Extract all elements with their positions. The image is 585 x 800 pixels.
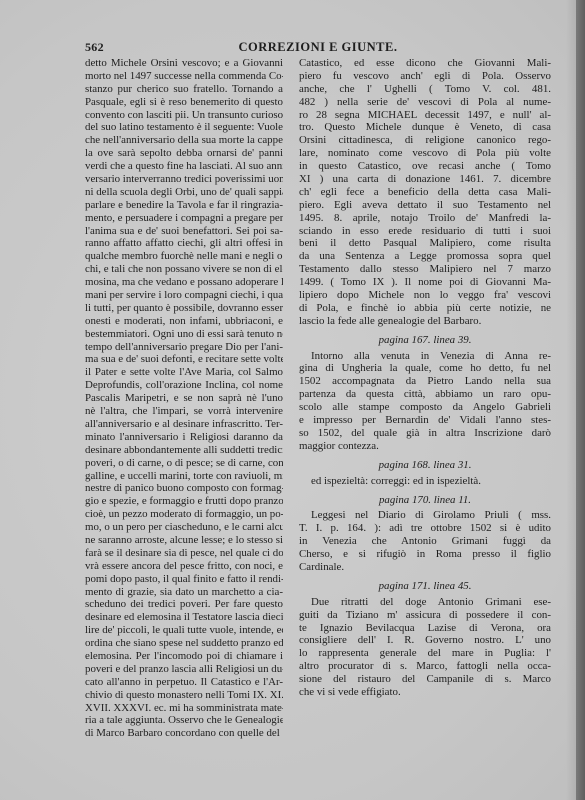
text-line: che nell'anniversario della sua morte la… xyxy=(85,134,283,147)
text-line: gina di Ungheria la quale, come ho detto… xyxy=(299,362,551,375)
text-line: verdi che a questo fine ha lasciati. Al … xyxy=(85,160,283,173)
text-line: Deprofundis, coll'orazione Inclina, col … xyxy=(85,379,283,392)
text-line: che vi si vede effigiato. xyxy=(299,686,551,699)
text-line: 1502 accompagnata da Pietro Lando nella … xyxy=(299,375,551,388)
text-line: Catastico, ed esse dicono che Giovanni M… xyxy=(299,57,551,70)
text-line: stanzo pur cherico suo fratello. Tornand… xyxy=(85,83,283,96)
text-line: tro. Questo Michele dunque è Veneto, di … xyxy=(299,121,551,134)
text-line: mo, o un pero per ciascheduno, e le carn… xyxy=(85,521,283,534)
left-column: detto Michele Orsini vescovo; e a Giovan… xyxy=(85,57,283,740)
text-line: lare, nominato come vescovo di Pola più … xyxy=(299,147,551,160)
text-line: gio e spezie, e formaggio e frutti dopo … xyxy=(85,495,283,508)
text-line: del suo latino testamento è il seguente:… xyxy=(85,121,283,134)
text-line: tempo dell'anniversario pregare Dio per … xyxy=(85,341,283,354)
text-line: cato all'anno in perpetuo. Il Catastico … xyxy=(85,676,283,689)
text-line: poveri e del pranzo lascia alli Religios… xyxy=(85,663,283,676)
text-line: pomi dopo pasto, il qual finito e fatto … xyxy=(85,573,283,586)
text-line: convento con lasciti pii. Un transunto c… xyxy=(85,109,283,122)
section-heading: pagina 167. linea 39. xyxy=(299,334,551,347)
running-title: CORREZIONI E GIUNTE. xyxy=(85,40,551,55)
text-line: beni il detto Pasqual Malipiero, come ri… xyxy=(299,237,551,250)
text-line: lo rappresenta generale del mare in Pugl… xyxy=(299,647,551,660)
text-line: lascio la fede alle genealogie del Barba… xyxy=(299,315,551,328)
text-line: qualche membro fuorchè nelle mani e negl… xyxy=(85,250,283,263)
text-line: anche, che l' Ughelli ( Tomo V. col. 481… xyxy=(299,83,551,96)
text-line: ranno affatto affatto ciechi, gli altri … xyxy=(85,237,283,250)
text-line: vrà essere ancora del pesce fritto, con … xyxy=(85,560,283,573)
text-line: mosina, ma che vedano e possano adoperar… xyxy=(85,276,283,289)
text-line: Cherso, e si rifugiò in Roma presso il f… xyxy=(299,548,551,561)
text-line: lire de' piccoli, le quali tutte vuole, … xyxy=(85,624,283,637)
text-line: in Venezia che Antonio Grimani fuggì da xyxy=(299,535,551,548)
text-line: versario interverranno tredici poverissi… xyxy=(85,173,283,186)
text-line: mani per servire i loro compagni ciechi,… xyxy=(85,289,283,302)
page-edge-strip xyxy=(576,0,585,800)
text-line: Due ritratti del doge Antonio Grimani es… xyxy=(299,596,551,609)
text-line: e impresso per Bernardin de' Vidali l'an… xyxy=(299,414,551,427)
text-line: chivio di questo monastero nelli Tomi IX… xyxy=(85,689,283,702)
text-line: scolo alle stampe composto da Angelo Gab… xyxy=(299,401,551,414)
text-line: maggior contezza. xyxy=(299,440,551,453)
text-line: ch' egli fece a beneficio della detta ca… xyxy=(299,186,551,199)
text-line: mento di grazie, sia dato un marchetto a… xyxy=(85,586,283,599)
text-line: 1495. 8. aprile, notajo Troilo de' Manfr… xyxy=(299,212,551,225)
text-line: piero fu vescovo anch' egli di Pola. Oss… xyxy=(299,70,551,83)
text-line: mento, e persuadere i compagni a pregare… xyxy=(85,212,283,225)
text-line: ria a tale aggiunta. Osservo che le Gene… xyxy=(85,714,283,727)
text-line: di Pola, e finchè io abbia più certe not… xyxy=(299,302,551,315)
text-line: T. I. p. 164. ): adì tre ottobre 1502 si… xyxy=(299,522,551,535)
text-line: te Ignazio Bevilacqua Lazise di Verona, … xyxy=(299,622,551,635)
text-line: da una Sentenza a Legge promossa sopra q… xyxy=(299,250,551,263)
text-line: Pascalis Maripetri, e se non saprà nè l'… xyxy=(85,392,283,405)
section-heading: pagina 168. linea 31. xyxy=(299,459,551,472)
text-line: XI ) una carta di donazione 1461. 7. dic… xyxy=(299,173,551,186)
right-column: Catastico, ed esse dicono che Giovanni M… xyxy=(299,57,551,699)
text-line: desinare ed elemosina il Testatore lasci… xyxy=(85,611,283,624)
text-line: ordina che siano spese nel suddetto pran… xyxy=(85,637,283,650)
text-line: ma sua e de' suoi defonti, e recitare se… xyxy=(85,353,283,366)
text-line: Orsini cittadinesca, di religione canoni… xyxy=(299,134,551,147)
text-line: parlare e benedire la Tavola e far il ri… xyxy=(85,199,283,212)
text-line: poveri, o di carne, o di pesce; se di ca… xyxy=(85,457,283,470)
text-line: 482 ) nella serie de' vescovi di Pola al… xyxy=(299,96,551,109)
text-line: in questo Catastico, ove recasi anche ( … xyxy=(299,160,551,173)
text-line: ro 28 segna MICHAEL decessit 1497, e nul… xyxy=(299,109,551,122)
section-heading: pagina 170. linea 11. xyxy=(299,494,551,507)
text-line: 1499. ( Tomo IX ). Il nome poi di Giovan… xyxy=(299,276,551,289)
text-line: Cardinale. xyxy=(299,561,551,574)
text-line: piero. Egli aveva dettato il suo Testame… xyxy=(299,199,551,212)
text-line: il Pater e sette volte l'Ave Maria, col … xyxy=(85,366,283,379)
text-line: lipiero dopo Michele non lo veggo fra' v… xyxy=(299,289,551,302)
text-line: elemosina. Per l'incomodo poi di chiamar… xyxy=(85,650,283,663)
text-line: sione del ristauro del Campanile di s. M… xyxy=(299,673,551,686)
text-line: XVII. XXXVI. ec. mi ha somministrata mat… xyxy=(85,702,283,715)
text-line: la ove sarà sepolto debba ornarsi de' pa… xyxy=(85,147,283,160)
text-line: partenza da questa città, abbiamo un rar… xyxy=(299,388,551,401)
text-line: desinare abbondantemente alli suddetti t… xyxy=(85,444,283,457)
text-line: all'anniversario e al desinare infrascri… xyxy=(85,418,283,431)
text-line: bestemmiatori. Ogni uno di essi sarà ten… xyxy=(85,328,283,341)
text-line: nè l'altra, che l'impari, se vorrà inter… xyxy=(85,405,283,418)
text-line: Testamento dallo stesso Malipiero nel 7 … xyxy=(299,263,551,276)
text-line: minato l'anniversario i Religiosi darann… xyxy=(85,431,283,444)
text-line: galline, e uccelli marini, torte con rav… xyxy=(85,470,283,483)
section-heading: pagina 171. linea 45. xyxy=(299,580,551,593)
text-line: cioè, un pezzo moderato di formaggio, un… xyxy=(85,508,283,521)
text-line: consigliere dell' I. R. Governo nostro. … xyxy=(299,634,551,647)
text-line: scheduno dei tredici poveri. Per fare qu… xyxy=(85,598,283,611)
text-line: chi, e tali che non possano vivere se no… xyxy=(85,263,283,276)
text-line: sciando in esso erede residuario di tutt… xyxy=(299,225,551,238)
text-line: Pasquale, egli si è reso benemerito di q… xyxy=(85,96,283,109)
text-line: l'anima sua e de' suoi benefattori. Sei … xyxy=(85,225,283,238)
text-line: di Marco Barbaro concordano con quelle d… xyxy=(85,727,283,740)
text-line: nestre di panico buono composto con form… xyxy=(85,482,283,495)
text-line: onesti e moderati, non infami, ubbriacon… xyxy=(85,315,283,328)
text-line: altro procurator di s. Marco, fattogli n… xyxy=(299,660,551,673)
text-line: guiti da Tiziano m' assicura di posseder… xyxy=(299,609,551,622)
text-line: Leggesi nel Diario di Girolamo Priuli ( … xyxy=(299,509,551,522)
text-line: morto nel 1497 successe nella commenda C… xyxy=(85,70,283,83)
text-line: ni della scuola degli Orbi, uno de' qual… xyxy=(85,186,283,199)
text-line: li tutti, per quanto è possibile, dovran… xyxy=(85,302,283,315)
text-line: Intorno alla venuta in Venezia di Anna r… xyxy=(299,350,551,363)
text-line: ne saranno arroste, alcune lesse; e lo s… xyxy=(85,534,283,547)
text-line: so 1502, del quale già in altra Inscrizi… xyxy=(299,427,551,440)
text-line: ed ispezieltà: correggi: ed in ispezielt… xyxy=(299,475,551,488)
page-header: 562 CORREZIONI E GIUNTE. xyxy=(85,40,551,56)
page-edge-shadow xyxy=(566,0,576,800)
text-line: detto Michele Orsini vescovo; e a Giovan… xyxy=(85,57,283,70)
scanned-page: 562 CORREZIONI E GIUNTE. detto Michele O… xyxy=(0,0,585,800)
text-line: farà se il desinare sia di pesce, nel qu… xyxy=(85,547,283,560)
